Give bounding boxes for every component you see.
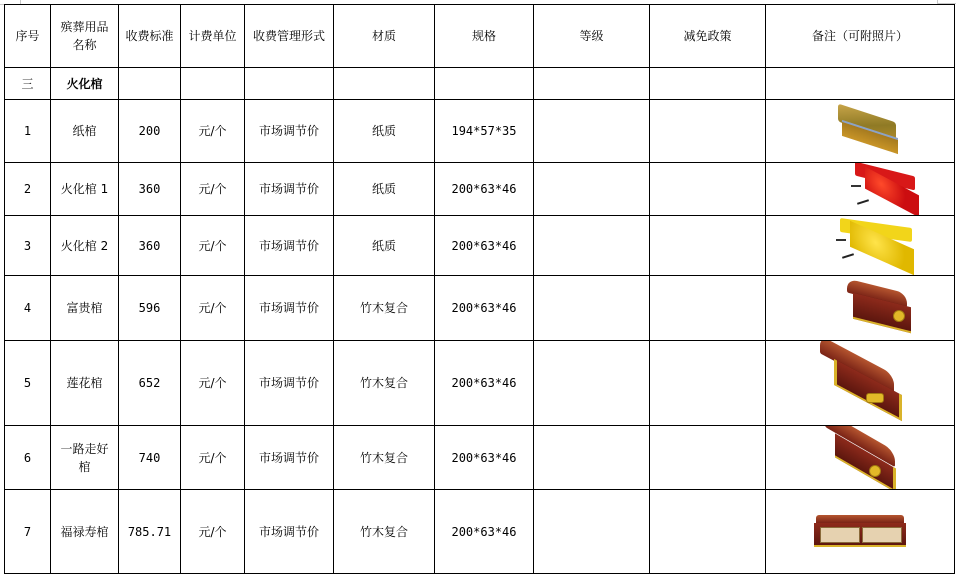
row-price: 740 xyxy=(119,426,181,490)
row-name: 富贵棺 xyxy=(51,276,119,341)
row-no: 2 xyxy=(5,163,51,216)
row-grade xyxy=(534,100,650,163)
row-photo-cell xyxy=(766,276,955,341)
row-photo-cell xyxy=(766,490,955,574)
row-discount xyxy=(650,163,766,216)
row-no: 3 xyxy=(5,216,51,276)
row-pricing-form: 市场调节价 xyxy=(245,163,334,216)
wooden-coffin-yilu-photo xyxy=(825,431,899,485)
row-name: 莲花棺 xyxy=(51,341,119,426)
row-spec: 194*57*35 xyxy=(435,100,534,163)
row-photo-cell xyxy=(766,163,955,216)
table-row: 1 纸棺 200 元/个 市场调节价 纸质 194*57*35 xyxy=(5,100,955,163)
row-grade xyxy=(534,341,650,426)
row-spec: 200*63*46 xyxy=(435,216,534,276)
row-spec: 200*63*46 xyxy=(435,163,534,216)
row-pricing-form: 市场调节价 xyxy=(245,490,334,574)
row-pricing-form: 市场调节价 xyxy=(245,426,334,490)
row-unit: 元/个 xyxy=(181,426,245,490)
row-grade xyxy=(534,426,650,490)
row-price: 652 xyxy=(119,341,181,426)
row-spec: 200*63*46 xyxy=(435,341,534,426)
red-coffin-photo xyxy=(851,169,921,209)
row-spec: 200*63*46 xyxy=(435,490,534,574)
row-unit: 元/个 xyxy=(181,341,245,426)
row-price: 360 xyxy=(119,216,181,276)
table-row: 3 火化棺 2 360 元/个 市场调节价 纸质 200*63*46 xyxy=(5,216,955,276)
row-discount xyxy=(650,426,766,490)
row-pricing-form: 市场调节价 xyxy=(245,216,334,276)
row-unit: 元/个 xyxy=(181,216,245,276)
gold-paper-coffin-photo xyxy=(836,113,900,149)
row-discount xyxy=(650,100,766,163)
row-name: 一路走好 棺 xyxy=(51,426,119,490)
row-no: 1 xyxy=(5,100,51,163)
header-material: 材质 xyxy=(334,5,435,68)
row-grade xyxy=(534,216,650,276)
wooden-coffin-fulu-photo xyxy=(814,515,906,549)
row-no: 7 xyxy=(5,490,51,574)
row-material: 竹木复合 xyxy=(334,426,435,490)
row-material: 竹木复合 xyxy=(334,276,435,341)
wooden-coffin-lianhua-photo xyxy=(820,353,900,413)
row-material: 纸质 xyxy=(334,163,435,216)
section-row: 三 火化棺 xyxy=(5,68,955,100)
row-price: 360 xyxy=(119,163,181,216)
row-price: 200 xyxy=(119,100,181,163)
header-no: 序号 xyxy=(5,5,51,68)
row-grade xyxy=(534,163,650,216)
table-row: 5 莲花棺 652 元/个 市场调节价 竹木复合 200*63*46 xyxy=(5,341,955,426)
row-unit: 元/个 xyxy=(181,163,245,216)
row-name: 福禄寿棺 xyxy=(51,490,119,574)
section-index: 三 xyxy=(5,68,51,100)
row-photo-cell xyxy=(766,426,955,490)
header-spec: 规格 xyxy=(435,5,534,68)
row-unit: 元/个 xyxy=(181,100,245,163)
row-grade xyxy=(534,490,650,574)
header-price: 收费标准 xyxy=(119,5,181,68)
header-remarks: 备注（可附照片） xyxy=(766,5,955,68)
header-discount: 减免政策 xyxy=(650,5,766,68)
row-price: 596 xyxy=(119,276,181,341)
row-discount xyxy=(650,341,766,426)
row-spec: 200*63*46 xyxy=(435,426,534,490)
row-name-line2: 棺 xyxy=(51,458,118,476)
row-material: 竹木复合 xyxy=(334,490,435,574)
header-name-line2: 名称 xyxy=(51,36,118,54)
row-unit: 元/个 xyxy=(181,490,245,574)
row-material: 竹木复合 xyxy=(334,341,435,426)
table-row: 4 富贵棺 596 元/个 市场调节价 竹木复合 200*63*46 xyxy=(5,276,955,341)
row-grade xyxy=(534,276,650,341)
header-grade: 等级 xyxy=(534,5,650,68)
row-no: 4 xyxy=(5,276,51,341)
header-name: 殡葬用品 名称 xyxy=(51,5,119,68)
row-material: 纸质 xyxy=(334,216,435,276)
row-name: 火化棺 2 xyxy=(51,216,119,276)
row-photo-cell xyxy=(766,100,955,163)
section-name: 火化棺 xyxy=(51,68,119,100)
row-no: 5 xyxy=(5,341,51,426)
wooden-coffin-fugui-photo xyxy=(847,286,913,330)
yellow-coffin-photo xyxy=(836,223,916,269)
row-discount xyxy=(650,490,766,574)
row-discount xyxy=(650,276,766,341)
header-unit: 计费单位 xyxy=(181,5,245,68)
table-row: 7 福禄寿棺 785.71 元/个 市场调节价 竹木复合 200*63*46 xyxy=(5,490,955,574)
header-name-line1: 殡葬用品 xyxy=(51,18,118,36)
row-spec: 200*63*46 xyxy=(435,276,534,341)
row-no: 6 xyxy=(5,426,51,490)
row-pricing-form: 市场调节价 xyxy=(245,341,334,426)
funeral-goods-fee-table: 序号 殡葬用品 名称 收费标准 计费单位 收费管理形式 材质 规格 等级 减免政… xyxy=(4,4,955,574)
row-name-line1: 一路走好 xyxy=(51,440,118,458)
table-row: 6 一路走好 棺 740 元/个 市场调节价 竹木复合 200*63*46 xyxy=(5,426,955,490)
row-pricing-form: 市场调节价 xyxy=(245,100,334,163)
header-row: 序号 殡葬用品 名称 收费标准 计费单位 收费管理形式 材质 规格 等级 减免政… xyxy=(5,5,955,68)
header-pricing-form: 收费管理形式 xyxy=(245,5,334,68)
row-material: 纸质 xyxy=(334,100,435,163)
row-name: 纸棺 xyxy=(51,100,119,163)
table-row: 2 火化棺 1 360 元/个 市场调节价 纸质 200*63*46 xyxy=(5,163,955,216)
row-name: 火化棺 1 xyxy=(51,163,119,216)
row-pricing-form: 市场调节价 xyxy=(245,276,334,341)
row-price: 785.71 xyxy=(119,490,181,574)
row-unit: 元/个 xyxy=(181,276,245,341)
row-photo-cell xyxy=(766,341,955,426)
row-discount xyxy=(650,216,766,276)
row-photo-cell xyxy=(766,216,955,276)
